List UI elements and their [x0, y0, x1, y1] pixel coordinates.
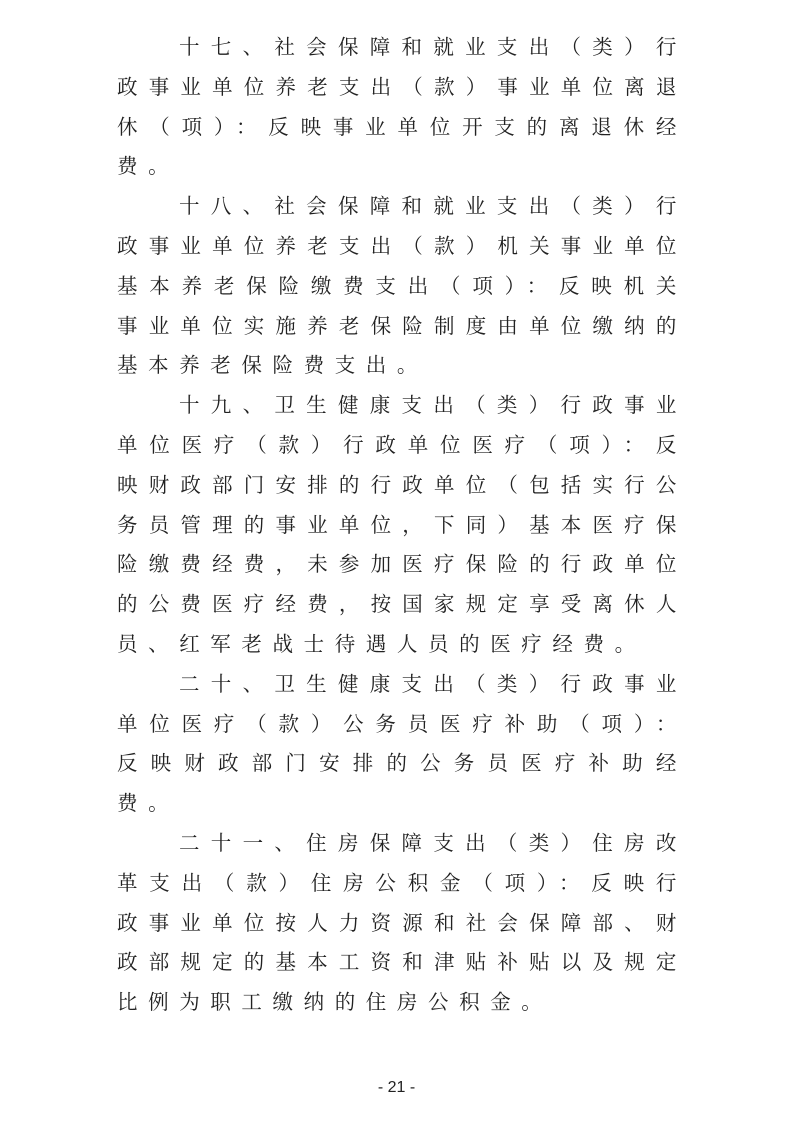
page-number: - 21 - [0, 1079, 793, 1097]
document-page: 十七、社会保障和就业支出（类）行政事业单位养老支出（款）事业单位离退休（项）：反… [0, 0, 793, 1122]
paragraph-19: 十九、卫生健康支出（类）行政事业单位医疗（款）行政单位医疗（项）：反映财政部门安… [117, 386, 687, 665]
paragraph-20: 二十、卫生健康支出（类）行政事业单位医疗（款）公务员医疗补助（项）：反映财政部门… [117, 665, 687, 824]
paragraph-21: 二十一、住房保障支出（类）住房改革支出（款）住房公积金（项）：反映行政事业单位按… [117, 824, 687, 1023]
paragraph-17: 十七、社会保障和就业支出（类）行政事业单位养老支出（款）事业单位离退休（项）：反… [117, 28, 687, 187]
paragraph-18: 十八、社会保障和就业支出（类）行政事业单位养老支出（款）机关事业单位基本养老保险… [117, 187, 687, 386]
document-body: 十七、社会保障和就业支出（类）行政事业单位养老支出（款）事业单位离退休（项）：反… [117, 28, 687, 1023]
